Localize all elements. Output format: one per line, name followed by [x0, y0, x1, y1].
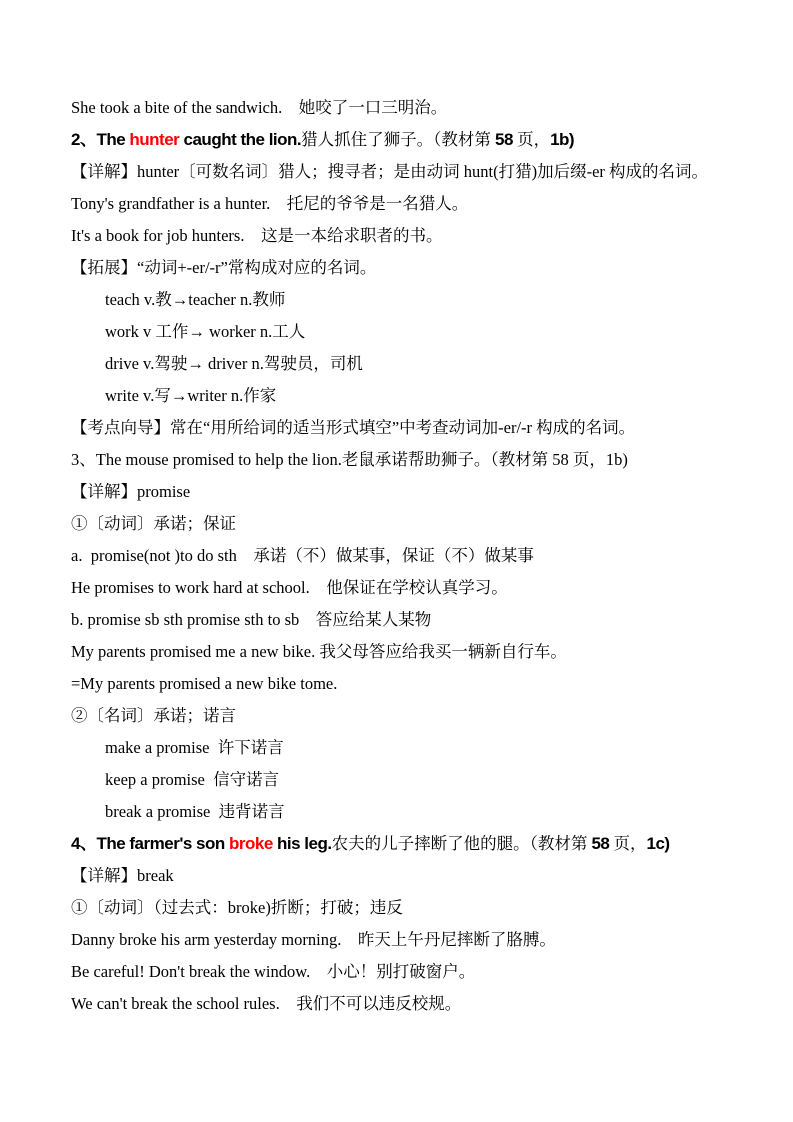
example-sentence: We can't break the school rules. 我们不可以违反… — [71, 988, 727, 1020]
detail-note: 【详解】promise — [71, 476, 727, 508]
heading-chinese: 页， — [513, 130, 550, 149]
example-sentence: =My parents promised a new bike tome. — [71, 668, 727, 700]
derivation-item: work v 工作→ worker n.工人 — [71, 316, 727, 348]
example-sentence: She took a bite of the sandwich. 她咬了一口三明… — [71, 92, 727, 124]
exercise-reference: 1b) — [550, 130, 574, 149]
exercise-reference: 1c) — [647, 834, 670, 853]
heading-english: 2、The — [71, 130, 129, 149]
derivation-item: write v.写→writer n.作家 — [71, 380, 727, 412]
heading-english: 4、The farmer's son — [71, 834, 229, 853]
usage-pattern: a. promise(not )to do sth 承诺（不）做某事，保证（不）… — [71, 540, 727, 572]
keyword-broke: broke — [229, 834, 273, 853]
heading-english: caught the lion. — [179, 130, 301, 149]
example-sentence: Be careful! Don't break the window. 小心！别… — [71, 956, 727, 988]
phrase-item: break a promise 违背诺言 — [71, 796, 727, 828]
derivation-item: drive v.驾驶→ driver n.驾驶员，司机 — [71, 348, 727, 380]
heading-english: his leg. — [273, 834, 332, 853]
document-page: She took a bite of the sandwich. 她咬了一口三明… — [0, 0, 793, 1122]
example-sentence: My parents promised me a new bike. 我父母答应… — [71, 636, 727, 668]
keyword-hunter: hunter — [129, 130, 179, 149]
example-sentence: He promises to work hard at school. 他保证在… — [71, 572, 727, 604]
sense-item: ②〔名词〕承诺；诺言 — [71, 700, 727, 732]
exam-tip-note: 【考点向导】常在“用所给词的适当形式填空”中考查动词加-er/-r 构成的名词。 — [71, 412, 727, 444]
example-sentence: Danny broke his arm yesterday morning. 昨… — [71, 924, 727, 956]
detail-note: 【详解】hunter〔可数名词〕猎人；搜寻者；是由动词 hunt(打猎)加后缀-… — [71, 156, 727, 188]
textbook-page-number: 58 — [591, 834, 609, 853]
example-sentence: Tony's grandfather is a hunter. 托尼的爷爷是一名… — [71, 188, 727, 220]
section-2-heading: 2、The hunter caught the lion.猎人抓住了狮子。（教材… — [71, 124, 727, 156]
heading-chinese: 农夫的儿子摔断了他的腿。（教材第 — [332, 834, 592, 853]
sense-item: ①〔动词〕（过去式：broke)折断；打破；违反 — [71, 892, 727, 924]
phrase-item: make a promise 许下诺言 — [71, 732, 727, 764]
heading-chinese: 猎人抓住了狮子。（教材第 — [301, 130, 495, 149]
textbook-page-number: 58 — [495, 130, 513, 149]
sense-item: ①〔动词〕承诺；保证 — [71, 508, 727, 540]
section-4-heading: 4、The farmer's son broke his leg.农夫的儿子摔断… — [71, 828, 727, 860]
usage-pattern: b. promise sb sth promise sth to sb 答应给某… — [71, 604, 727, 636]
example-sentence: It's a book for job hunters. 这是一本给求职者的书。 — [71, 220, 727, 252]
heading-chinese: 页， — [609, 834, 646, 853]
section-3-heading: 3、The mouse promised to help the lion.老鼠… — [71, 444, 727, 476]
derivation-item: teach v.教→teacher n.教师 — [71, 284, 727, 316]
phrase-item: keep a promise 信守诺言 — [71, 764, 727, 796]
expansion-note: 【拓展】“动词+-er/-r”常构成对应的名词。 — [71, 252, 727, 284]
detail-note: 【详解】break — [71, 860, 727, 892]
